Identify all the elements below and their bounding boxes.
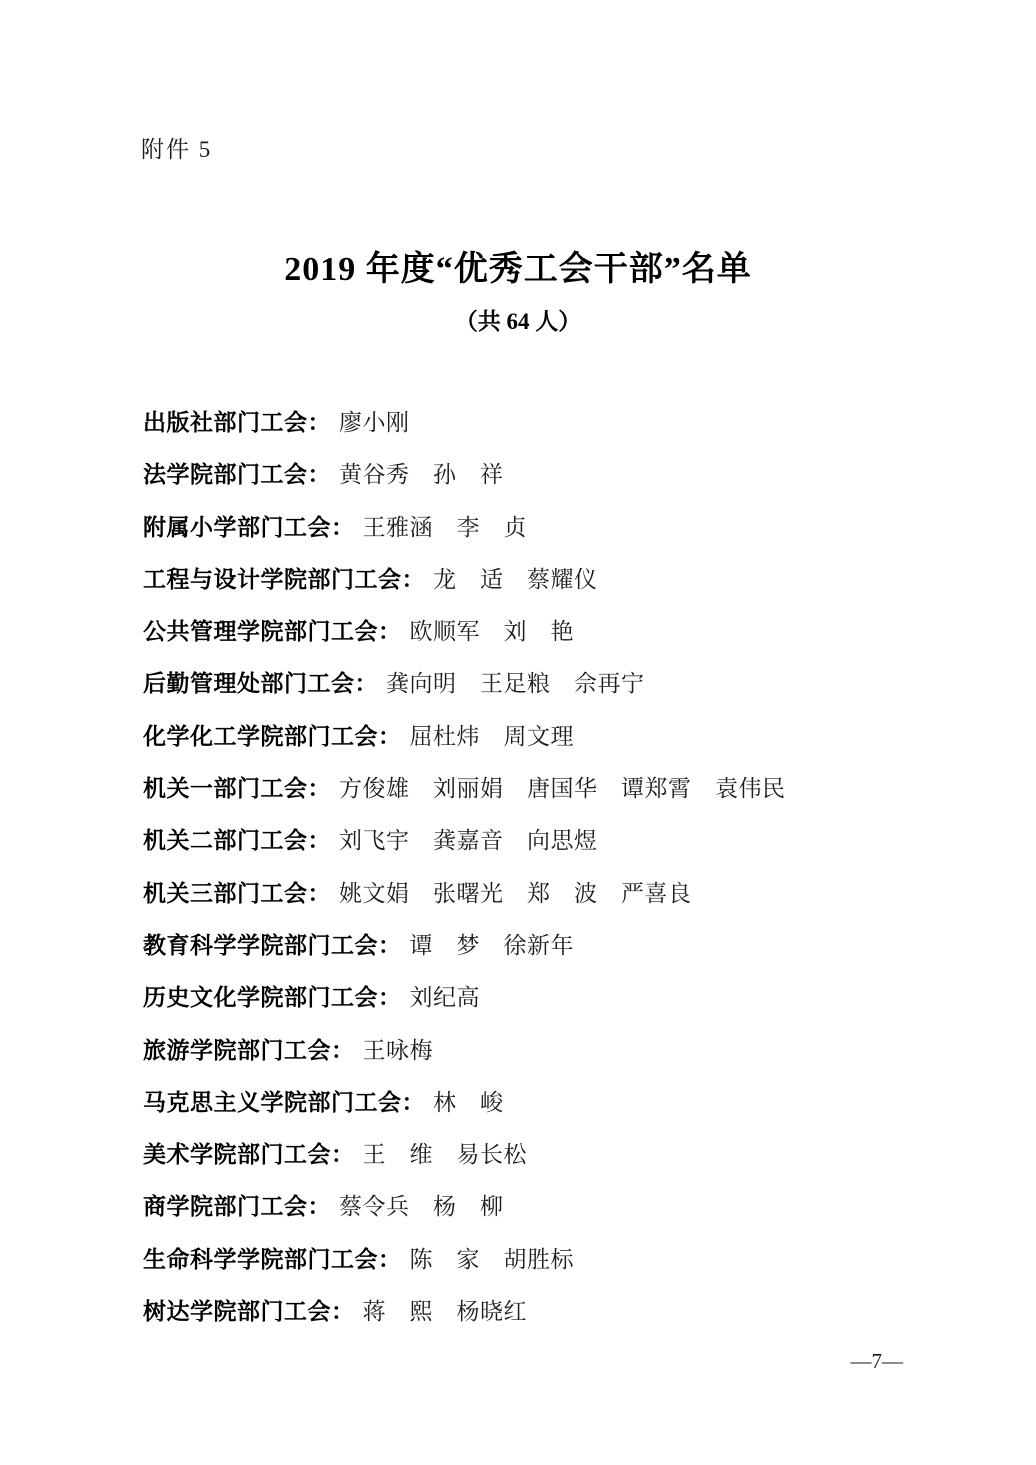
awardee-names: 黄谷秀 孙 祥: [339, 462, 504, 487]
list-item: 树达学院部门工会：蒋 熙 杨晓红: [143, 1286, 946, 1338]
department-label: 机关三部门工会：: [143, 881, 331, 906]
awardee-names: 刘飞宇 龚嘉音 向思煜: [339, 828, 598, 853]
list-item: 法学院部门工会：黄谷秀 孙 祥: [143, 449, 946, 501]
list-item: 工程与设计学院部门工会：龙 适 蔡耀仪: [143, 554, 946, 606]
department-label: 化学化工学院部门工会：: [143, 724, 402, 749]
department-label: 工程与设计学院部门工会：: [143, 567, 425, 592]
awardee-names: 欧顺军 刘 艳: [410, 619, 575, 644]
department-label: 美术学院部门工会：: [143, 1142, 355, 1167]
department-label: 教育科学学院部门工会：: [143, 933, 402, 958]
list-item: 商学院部门工会：蔡令兵 杨 柳: [143, 1181, 946, 1233]
list-item: 生命科学学院部门工会：陈 家 胡胜标: [143, 1234, 946, 1286]
list-item: 公共管理学院部门工会：欧顺军 刘 艳: [143, 606, 946, 658]
awardee-names: 刘纪高: [410, 985, 481, 1010]
page-number: —7—: [851, 1349, 904, 1374]
document-title: 2019 年度“优秀工会干部”名单: [0, 241, 1036, 290]
award-list: 出版社部门工会：廖小刚 法学院部门工会：黄谷秀 孙 祥 附属小学部门工会：王雅涵…: [143, 397, 946, 1338]
awardee-names: 屈杜炜 周文理: [410, 724, 575, 749]
awardee-names: 陈 家 胡胜标: [410, 1247, 575, 1272]
department-label: 树达学院部门工会：: [143, 1299, 355, 1324]
awardee-names: 姚文娟 张曙光 郑 波 严喜良: [339, 881, 692, 906]
department-label: 后勤管理处部门工会：: [143, 671, 378, 696]
list-item: 机关三部门工会：姚文娟 张曙光 郑 波 严喜良: [143, 868, 946, 920]
list-item: 历史文化学院部门工会：刘纪高: [143, 972, 946, 1024]
list-item: 机关二部门工会：刘飞宇 龚嘉音 向思煜: [143, 815, 946, 867]
list-item: 机关一部门工会：方俊雄 刘丽娟 唐国华 谭郑霄 袁伟民: [143, 763, 946, 815]
awardee-names: 蒋 熙 杨晓红: [363, 1299, 528, 1324]
awardee-names: 方俊雄 刘丽娟 唐国华 谭郑霄 袁伟民: [339, 776, 786, 801]
awardee-names: 林 峻: [433, 1090, 504, 1115]
department-label: 法学院部门工会：: [143, 462, 331, 487]
department-label: 马克思主义学院部门工会：: [143, 1090, 425, 1115]
list-item: 出版社部门工会：廖小刚: [143, 397, 946, 449]
awardee-names: 王咏梅: [363, 1038, 434, 1063]
department-label: 公共管理学院部门工会：: [143, 619, 402, 644]
department-label: 历史文化学院部门工会：: [143, 985, 402, 1010]
department-label: 生命科学学院部门工会：: [143, 1247, 402, 1272]
awardee-names: 龚向明 王足粮 佘再宁: [386, 671, 645, 696]
department-label: 附属小学部门工会：: [143, 515, 355, 540]
department-label: 机关一部门工会：: [143, 776, 331, 801]
list-item: 附属小学部门工会：王雅涵 李 贞: [143, 502, 946, 554]
awardee-names: 廖小刚: [339, 410, 410, 435]
document-subtitle: （共 64 人）: [0, 303, 1036, 336]
awardee-names: 蔡令兵 杨 柳: [339, 1194, 504, 1219]
department-label: 商学院部门工会：: [143, 1194, 331, 1219]
awardee-names: 龙 适 蔡耀仪: [433, 567, 598, 592]
department-label: 出版社部门工会：: [143, 410, 331, 435]
awardee-names: 王 维 易长松: [363, 1142, 528, 1167]
list-item: 后勤管理处部门工会：龚向明 王足粮 佘再宁: [143, 658, 946, 710]
awardee-names: 谭 梦 徐新年: [410, 933, 575, 958]
list-item: 美术学院部门工会：王 维 易长松: [143, 1129, 946, 1181]
awardee-names: 王雅涵 李 贞: [363, 515, 528, 540]
list-item: 旅游学院部门工会：王咏梅: [143, 1025, 946, 1077]
list-item: 化学化工学院部门工会：屈杜炜 周文理: [143, 711, 946, 763]
list-item: 教育科学学院部门工会：谭 梦 徐新年: [143, 920, 946, 972]
list-item: 马克思主义学院部门工会：林 峻: [143, 1077, 946, 1129]
department-label: 机关二部门工会：: [143, 828, 331, 853]
department-label: 旅游学院部门工会：: [143, 1038, 355, 1063]
attachment-label: 附件 5: [141, 131, 212, 164]
document-page: 附件 5 2019 年度“优秀工会干部”名单 （共 64 人） 出版社部门工会：…: [0, 0, 1036, 1465]
